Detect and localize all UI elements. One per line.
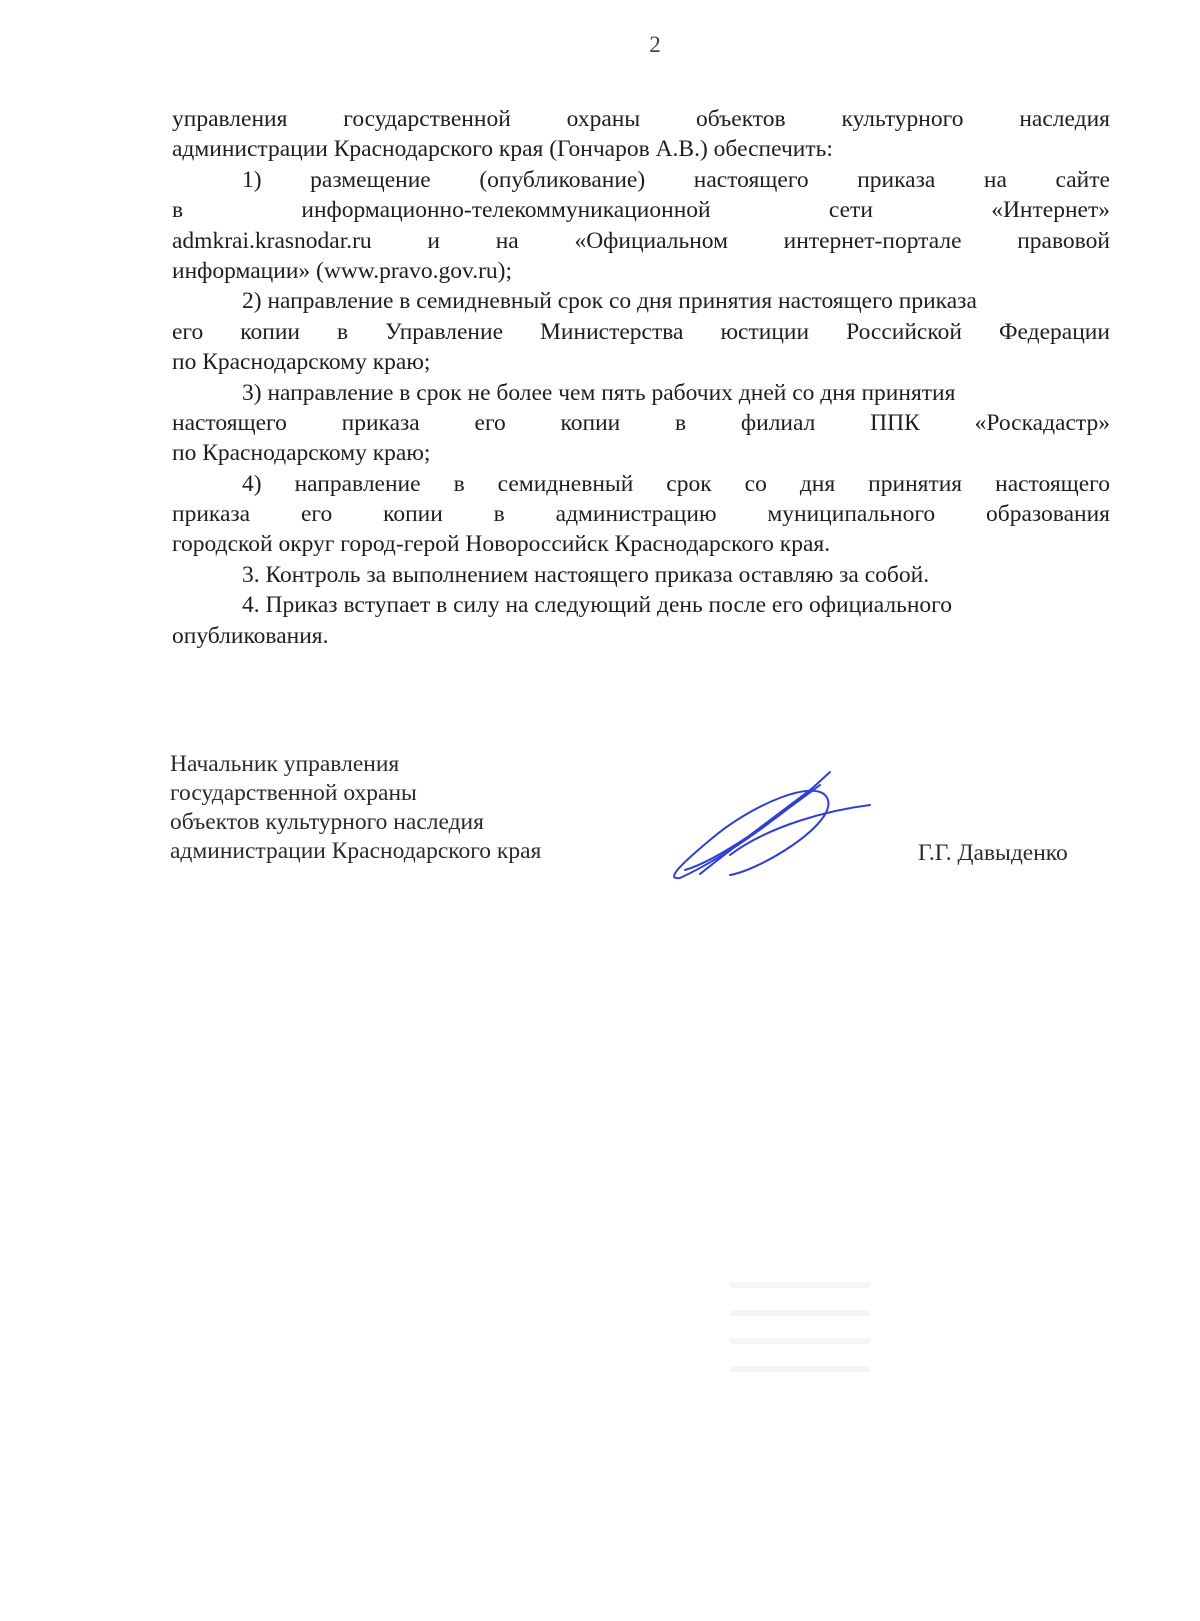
signatory-title-line: объектов культурного наследия xyxy=(170,808,541,837)
paragraph-line: администрации Краснодарского края (Гонча… xyxy=(172,134,1110,164)
signatory-title-line: Начальник управления xyxy=(170,750,541,779)
handwritten-signature-icon xyxy=(670,770,880,880)
paragraph-line: управления государственной охраны объект… xyxy=(172,104,1110,134)
list-item-2-line: по Краснодарскому краю; xyxy=(172,347,1110,377)
word: семидневный xyxy=(498,469,634,499)
word: охраны xyxy=(567,104,640,134)
word: Управление xyxy=(385,317,503,347)
word: ППК xyxy=(870,408,920,438)
list-item-3-line: 3) направление в срок не более чем пять … xyxy=(172,378,1110,408)
list-item-1-line: в информационно-телекоммуникационной сет… xyxy=(172,195,1110,225)
word: управления xyxy=(172,104,287,134)
list-item-4-line: приказа его копии в администрацию муници… xyxy=(172,499,1110,529)
word: его xyxy=(475,408,506,438)
word: (опубликование) xyxy=(479,165,645,195)
word: дня xyxy=(800,469,835,499)
word: информационно-телекоммуникационной xyxy=(301,195,710,225)
list-item-1-line: информации» (www.pravo.gov.ru); xyxy=(172,256,1110,286)
word: копии xyxy=(561,408,621,438)
word: образования xyxy=(986,499,1110,529)
word: сети xyxy=(829,195,873,225)
word: настоящего xyxy=(995,469,1110,499)
word: настоящего xyxy=(172,408,287,438)
clause-4-line: 4. Приказ вступает в силу на следующий д… xyxy=(172,590,1110,620)
word: Федерации xyxy=(999,317,1110,347)
word: «Интернет» xyxy=(991,195,1110,225)
clause-3: 3. Контроль за выполнением настоящего пр… xyxy=(172,560,1110,590)
list-item-2-line: его копии в Управление Министерства юсти… xyxy=(172,317,1110,347)
page-number: 2 xyxy=(0,32,1200,58)
faint-stamp-mark xyxy=(720,1260,880,1420)
word: Российской xyxy=(846,317,962,347)
word: «Официальном xyxy=(574,226,728,256)
list-item-3-line: настоящего приказа его копии в филиал ПП… xyxy=(172,408,1110,438)
word: объектов xyxy=(696,104,786,134)
word: принятия xyxy=(868,469,962,499)
list-item-3-line: по Краснодарскому краю; xyxy=(172,438,1110,468)
word: в xyxy=(454,469,465,499)
word: правовой xyxy=(1017,226,1110,256)
word: его xyxy=(301,499,332,529)
word: муниципального xyxy=(767,499,935,529)
word: 4) xyxy=(242,469,262,499)
document-body: управления государственной охраны объект… xyxy=(172,104,1110,651)
word: юстиции xyxy=(720,317,809,347)
list-item-2-line: 2) направление в семидневный срок со дня… xyxy=(172,286,1110,316)
list-item-4-line: 4) направление в семидневный срок со дня… xyxy=(172,469,1110,499)
word: 1) xyxy=(242,165,262,195)
clause-4-line: опубликования. xyxy=(172,621,1110,651)
word: филиал xyxy=(741,408,815,438)
word: в xyxy=(494,499,505,529)
word: «Роскадастр» xyxy=(975,408,1110,438)
word: срок xyxy=(666,469,711,499)
signatory-title-line: администрации Краснодарского края xyxy=(170,837,541,866)
word: и xyxy=(427,226,440,256)
list-item-1-line: 1) размещение (опубликование) настоящего… xyxy=(172,165,1110,195)
signatory-title-line: государственной охраны xyxy=(170,779,541,808)
word: Министерства xyxy=(540,317,683,347)
word: копии xyxy=(240,317,300,347)
signatory-title: Начальник управления государственной охр… xyxy=(170,750,541,866)
word: направление xyxy=(295,469,421,499)
word: со xyxy=(745,469,767,499)
word: сайте xyxy=(1056,165,1110,195)
word: размещение xyxy=(310,165,431,195)
word: настоящего xyxy=(694,165,809,195)
word: наследия xyxy=(1019,104,1110,134)
list-item-4-line: городской округ город-герой Новороссийск… xyxy=(172,529,1110,559)
word: на xyxy=(496,226,519,256)
word: в xyxy=(337,317,348,347)
word: в xyxy=(675,408,686,438)
website-link: admkrai.krasnodar.ru xyxy=(172,226,372,256)
word: приказа xyxy=(857,165,935,195)
word: копии xyxy=(383,499,443,529)
word: культурного xyxy=(842,104,964,134)
word: администрацию xyxy=(556,499,717,529)
word: на xyxy=(984,165,1007,195)
list-item-1-line: admkrai.krasnodar.ru и на «Официальном и… xyxy=(172,226,1110,256)
signatory-name: Г.Г. Давыденко xyxy=(918,840,1068,867)
word: приказа xyxy=(172,499,250,529)
word: в xyxy=(172,195,183,225)
word: приказа xyxy=(342,408,420,438)
word: его xyxy=(172,317,203,347)
word: интернет-портале xyxy=(784,226,962,256)
word: государственной xyxy=(343,104,510,134)
